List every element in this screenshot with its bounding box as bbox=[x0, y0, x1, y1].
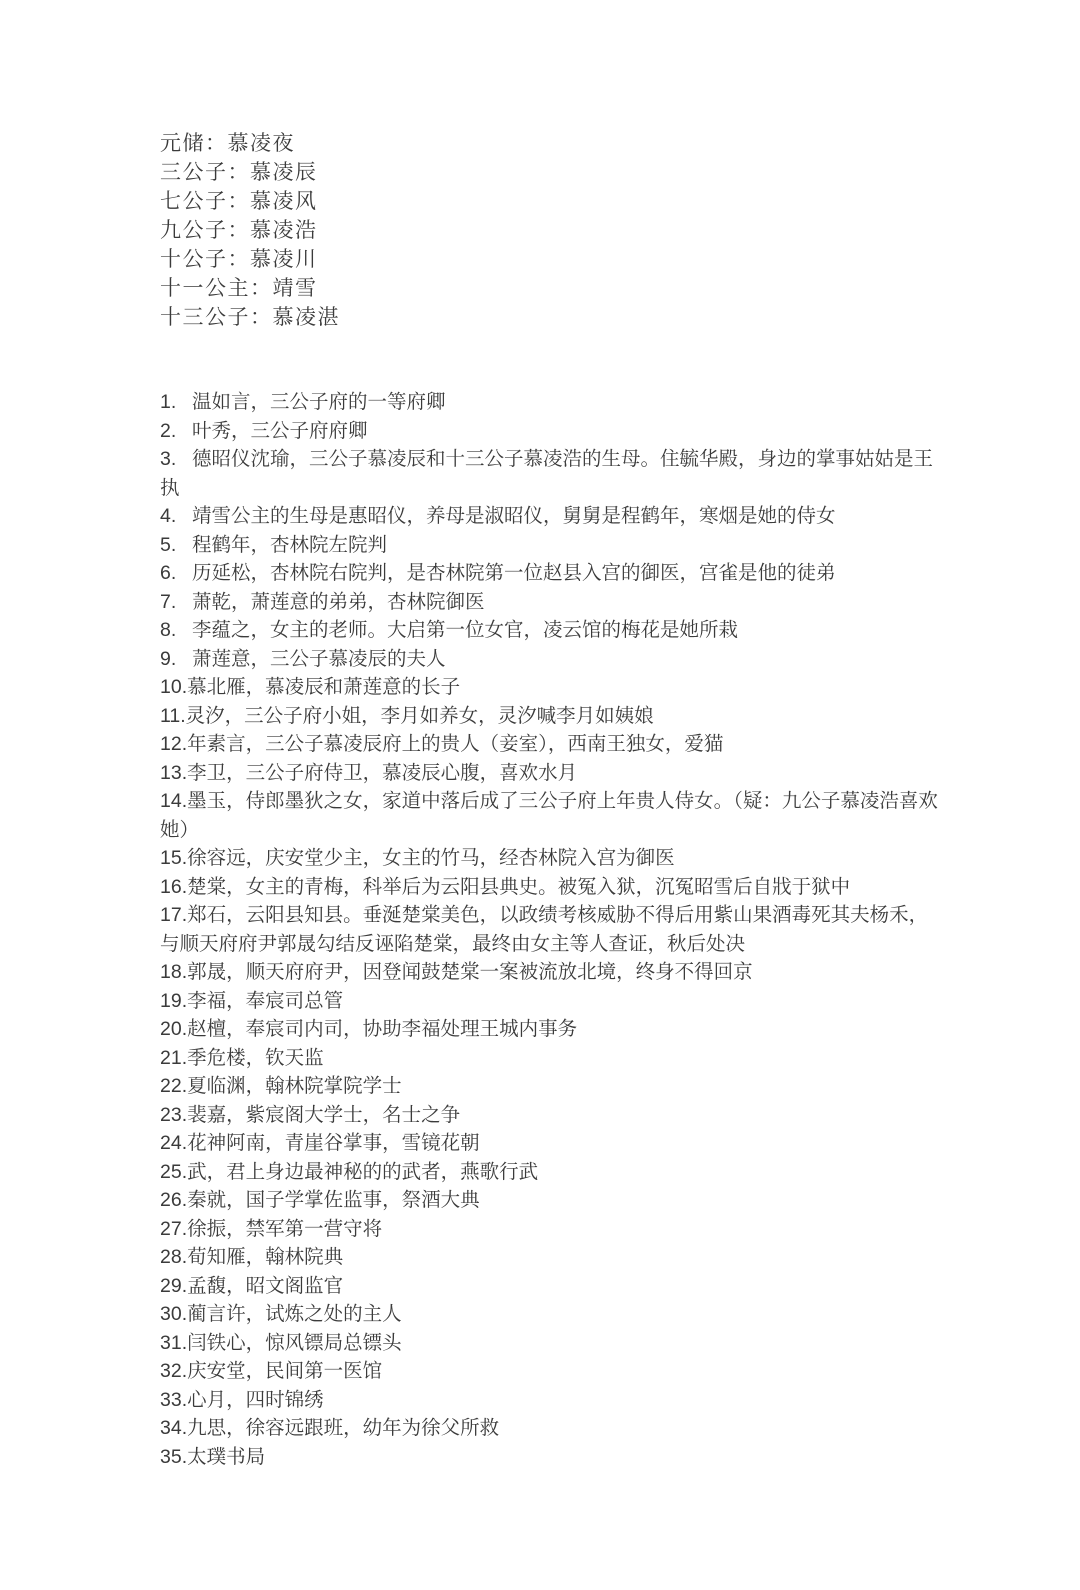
roster-line: 九公子：慕凌浩 bbox=[160, 216, 942, 245]
roster-line: 元储：慕凌夜 bbox=[160, 129, 942, 158]
list-item: 26.秦就，国子学掌佐监事，祭酒大典 bbox=[160, 1186, 942, 1215]
item-number: 22. bbox=[160, 1075, 187, 1097]
list-item: 19.李福，奉宸司总管 bbox=[160, 987, 942, 1016]
item-number: 16. bbox=[160, 876, 187, 898]
item-text: 萧莲意，三公子慕凌辰的夫人 bbox=[192, 648, 446, 670]
list-item: 25.武，君上身边最神秘的的武者，燕歌行武 bbox=[160, 1158, 942, 1187]
item-text: 靖雪公主的生母是惠昭仪，养母是淑昭仪，舅舅是程鹤年，寒烟是她的侍女 bbox=[192, 505, 836, 527]
list-item: 28.荀知雁，翰林院典 bbox=[160, 1243, 942, 1272]
item-number: 24. bbox=[160, 1132, 187, 1154]
list-item: 35.太璞书局 bbox=[160, 1443, 942, 1472]
list-item: 29.孟馥，昭文阁监官 bbox=[160, 1272, 942, 1301]
item-number: 1. bbox=[160, 388, 192, 417]
item-text: 慕北雁，慕凌辰和萧莲意的长子 bbox=[187, 676, 460, 698]
list-item: 5.程鹤年，杏林院左院判 bbox=[160, 531, 942, 560]
item-text: 武，君上身边最神秘的的武者，燕歌行武 bbox=[187, 1161, 538, 1183]
list-item: 6.历延松，杏林院右院判，是杏林院第一位赵县入宫的御医，宫雀是他的徒弟 bbox=[160, 559, 942, 588]
list-item: 30.蔺言许，试炼之处的主人 bbox=[160, 1300, 942, 1329]
item-text: 夏临渊，翰林院掌院学士 bbox=[187, 1075, 402, 1097]
document-page: 元储：慕凌夜三公子：慕凌辰七公子：慕凌风九公子：慕凌浩十公子：慕凌川十一公主：靖… bbox=[0, 0, 1080, 1590]
item-number: 7. bbox=[160, 588, 192, 617]
item-number: 31. bbox=[160, 1332, 187, 1354]
item-text: 太璞书局 bbox=[187, 1446, 265, 1468]
item-text: 李福，奉宸司总管 bbox=[187, 990, 343, 1012]
roster-line: 三公子：慕凌辰 bbox=[160, 158, 942, 187]
item-text: 李卫，三公子府侍卫，慕凌辰心腹，喜欢水月 bbox=[187, 762, 577, 784]
item-text: 叶秀，三公子府府卿 bbox=[192, 420, 368, 442]
item-text: 秦就，国子学掌佐监事，祭酒大典 bbox=[187, 1189, 480, 1211]
list-item: 27.徐振，禁军第一营守将 bbox=[160, 1215, 942, 1244]
roster-section: 元储：慕凌夜三公子：慕凌辰七公子：慕凌风九公子：慕凌浩十公子：慕凌川十一公主：靖… bbox=[160, 129, 942, 332]
item-number: 3. bbox=[160, 445, 192, 474]
item-number: 21. bbox=[160, 1047, 187, 1069]
item-number: 5. bbox=[160, 531, 192, 560]
list-item: 20.赵檀，奉宸司内司，协助李福处理王城内事务 bbox=[160, 1015, 942, 1044]
item-number: 26. bbox=[160, 1189, 187, 1211]
item-number: 34. bbox=[160, 1417, 187, 1439]
item-text: 庆安堂，民间第一医馆 bbox=[187, 1360, 382, 1382]
item-number: 8. bbox=[160, 616, 192, 645]
item-number: 15. bbox=[160, 847, 187, 869]
item-text: 墨玉，侍郎墨狄之女，家道中落后成了三公子府上年贵人侍女。（疑：九公子慕凌浩喜欢她… bbox=[160, 790, 938, 841]
list-item: 1.温如言，三公子府的一等府卿 bbox=[160, 388, 942, 417]
item-number: 17. bbox=[160, 904, 187, 926]
item-text: 徐振，禁军第一营守将 bbox=[187, 1218, 382, 1240]
item-text: 花神阿南，青崖谷掌事，雪镜花朝 bbox=[187, 1132, 480, 1154]
item-text: 德昭仪沈瑜，三公子慕凌辰和十三公子慕凌浩的生母。住毓华殿，身边的掌事姑姑是王执 bbox=[160, 448, 933, 499]
item-number: 35. bbox=[160, 1446, 187, 1468]
item-number: 19. bbox=[160, 990, 187, 1012]
list-item: 18.郭晟，顺天府府尹，因登闻鼓楚棠一案被流放北境，终身不得回京 bbox=[160, 958, 942, 987]
list-item: 31.闫铁心，惊风镖局总镖头 bbox=[160, 1329, 942, 1358]
item-number: 11. bbox=[160, 705, 186, 727]
item-text: 裴嘉，紫宸阁大学士，名士之争 bbox=[187, 1104, 460, 1126]
item-text: 程鹤年，杏林院左院判 bbox=[192, 534, 387, 556]
item-number: 29. bbox=[160, 1275, 187, 1297]
item-text: 温如言，三公子府的一等府卿 bbox=[192, 391, 446, 413]
document-content: 元储：慕凌夜三公子：慕凌辰七公子：慕凌风九公子：慕凌浩十公子：慕凌川十一公主：靖… bbox=[160, 129, 942, 1471]
item-text: 赵檀，奉宸司内司，协助李福处理王城内事务 bbox=[187, 1018, 577, 1040]
list-item: 24.花神阿南，青崖谷掌事，雪镜花朝 bbox=[160, 1129, 942, 1158]
item-text: 闫铁心，惊风镖局总镖头 bbox=[187, 1332, 402, 1354]
item-text: 灵汐，三公子府小姐，李月如养女，灵汐喊李月如姨娘 bbox=[186, 705, 654, 727]
list-item: 7.萧乾，萧莲意的弟弟，杏林院御医 bbox=[160, 588, 942, 617]
item-text: 徐容远，庆安堂少主，女主的竹马，经杏林院入宫为御医 bbox=[187, 847, 675, 869]
list-item: 34.九思，徐容远跟班，幼年为徐父所救 bbox=[160, 1414, 942, 1443]
item-number: 10. bbox=[160, 676, 187, 698]
item-number: 12. bbox=[160, 733, 187, 755]
item-text: 蔺言许，试炼之处的主人 bbox=[187, 1303, 402, 1325]
item-number: 6. bbox=[160, 559, 192, 588]
list-item: 17.郑石，云阳县知县。垂涎楚棠美色，以政绩考核威胁不得后用紫山果酒毒死其夫杨禾… bbox=[160, 901, 942, 958]
list-item: 21.季危楼，钦天监 bbox=[160, 1044, 942, 1073]
item-text: 历延松，杏林院右院判，是杏林院第一位赵县入宫的御医，宫雀是他的徒弟 bbox=[192, 562, 836, 584]
item-text: 郑石，云阳县知县。垂涎楚棠美色，以政绩考核威胁不得后用紫山果酒毒死其夫杨禾，与顺… bbox=[160, 904, 928, 955]
item-number: 28. bbox=[160, 1246, 187, 1268]
item-text: 楚棠，女主的青梅，科举后为云阳县典史。被冤入狱，沉冤昭雪后自戕于狱中 bbox=[187, 876, 850, 898]
item-number: 14. bbox=[160, 790, 187, 812]
list-item: 11.灵汐，三公子府小姐，李月如养女，灵汐喊李月如姨娘 bbox=[160, 702, 942, 731]
item-text: 年素言，三公子慕凌辰府上的贵人（妾室），西南王独女，爱猫 bbox=[187, 733, 723, 755]
item-text: 荀知雁，翰林院典 bbox=[187, 1246, 343, 1268]
list-item: 32.庆安堂，民间第一医馆 bbox=[160, 1357, 942, 1386]
list-item: 16.楚棠，女主的青梅，科举后为云阳县典史。被冤入狱，沉冤昭雪后自戕于狱中 bbox=[160, 873, 942, 902]
item-number: 25. bbox=[160, 1161, 187, 1183]
list-item: 3.德昭仪沈瑜，三公子慕凌辰和十三公子慕凌浩的生母。住毓华殿，身边的掌事姑姑是王… bbox=[160, 445, 942, 502]
item-text: 心月，四时锦绣 bbox=[187, 1389, 324, 1411]
item-number: 9. bbox=[160, 645, 192, 674]
list-item: 8.李蕴之，女主的老师。大启第一位女官，凌云馆的梅花是她所栽 bbox=[160, 616, 942, 645]
list-item: 14.墨玉，侍郎墨狄之女，家道中落后成了三公子府上年贵人侍女。（疑：九公子慕凌浩… bbox=[160, 787, 942, 844]
list-item: 9.萧莲意，三公子慕凌辰的夫人 bbox=[160, 645, 942, 674]
roster-line: 十一公主：靖雪 bbox=[160, 274, 942, 303]
item-number: 23. bbox=[160, 1104, 187, 1126]
item-text: 李蕴之，女主的老师。大启第一位女官，凌云馆的梅花是她所栽 bbox=[192, 619, 738, 641]
list-item: 13.李卫，三公子府侍卫，慕凌辰心腹，喜欢水月 bbox=[160, 759, 942, 788]
list-item: 12.年素言，三公子慕凌辰府上的贵人（妾室），西南王独女，爱猫 bbox=[160, 730, 942, 759]
item-text: 萧乾，萧莲意的弟弟，杏林院御医 bbox=[192, 591, 485, 613]
item-number: 4. bbox=[160, 502, 192, 531]
list-item: 22.夏临渊，翰林院掌院学士 bbox=[160, 1072, 942, 1101]
item-number: 30. bbox=[160, 1303, 187, 1325]
item-number: 33. bbox=[160, 1389, 187, 1411]
item-number: 32. bbox=[160, 1360, 187, 1382]
item-text: 郭晟，顺天府府尹，因登闻鼓楚棠一案被流放北境，终身不得回京 bbox=[187, 961, 753, 983]
list-item: 33.心月，四时锦绣 bbox=[160, 1386, 942, 1415]
item-number: 20. bbox=[160, 1018, 187, 1040]
item-number: 13. bbox=[160, 762, 187, 784]
list-item: 4.靖雪公主的生母是惠昭仪，养母是淑昭仪，舅舅是程鹤年，寒烟是她的侍女 bbox=[160, 502, 942, 531]
item-text: 九思，徐容远跟班，幼年为徐父所救 bbox=[187, 1417, 499, 1439]
list-item: 2.叶秀，三公子府府卿 bbox=[160, 417, 942, 446]
item-number: 27. bbox=[160, 1218, 187, 1240]
item-text: 孟馥，昭文阁监官 bbox=[187, 1275, 343, 1297]
item-number: 18. bbox=[160, 961, 187, 983]
list-item: 15.徐容远，庆安堂少主，女主的竹马，经杏林院入宫为御医 bbox=[160, 844, 942, 873]
character-list: 1.温如言，三公子府的一等府卿2.叶秀，三公子府府卿3.德昭仪沈瑜，三公子慕凌辰… bbox=[160, 388, 942, 1471]
roster-line: 十三公子：慕凌湛 bbox=[160, 303, 942, 332]
item-number: 2. bbox=[160, 417, 192, 446]
list-item: 10.慕北雁，慕凌辰和萧莲意的长子 bbox=[160, 673, 942, 702]
item-text: 季危楼，钦天监 bbox=[187, 1047, 324, 1069]
list-item: 23.裴嘉，紫宸阁大学士，名士之争 bbox=[160, 1101, 942, 1130]
roster-line: 七公子：慕凌风 bbox=[160, 187, 942, 216]
roster-line: 十公子：慕凌川 bbox=[160, 245, 942, 274]
